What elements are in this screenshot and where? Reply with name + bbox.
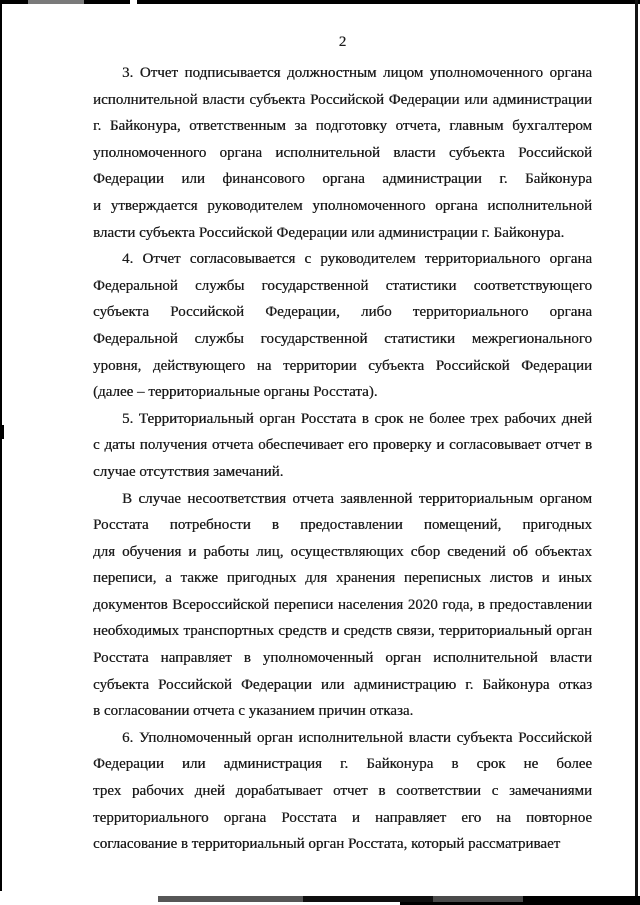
scan-edge-right bbox=[635, 0, 638, 905]
text-line: г. Байконура, ответственным за подготовк… bbox=[93, 113, 592, 140]
text-line: для обучения и работы лиц, осуществляющи… bbox=[93, 539, 592, 566]
text-line: Росстата направляет в уполномоченный орг… bbox=[93, 645, 592, 672]
text-line: Федеральной службы государственной стати… bbox=[93, 273, 592, 300]
text-line: субъекта Российской Федерации или админи… bbox=[93, 672, 592, 699]
text-line: с даты получения отчета обеспечивает его… bbox=[93, 432, 592, 459]
text-line: 6. Уполномоченный орган исполнительной в… bbox=[93, 725, 592, 752]
text-line: уровня, действующего на территории субъе… bbox=[93, 353, 592, 380]
paragraph-4: 4. Отчет согласовывается с руководителем… bbox=[93, 246, 592, 406]
text-line: переписи, а также пригодных для хранения… bbox=[93, 565, 592, 592]
paragraph-6: 6. Уполномоченный орган исполнительной в… bbox=[93, 725, 592, 858]
paragraph-3: 3. Отчет подписывается должностным лицом… bbox=[93, 60, 592, 246]
text-line: 4. Отчет согласовывается с руководителем… bbox=[93, 246, 592, 273]
text-line: в согласовании отчета с указанием причин… bbox=[93, 698, 592, 725]
paragraph-5-continuation: В случае несоответствия отчета заявленно… bbox=[93, 486, 592, 725]
text-line: территориального органа Росстата и напра… bbox=[93, 805, 592, 832]
text-line: документов Всероссийской переписи населе… bbox=[93, 592, 592, 619]
text-line: случае отсутствия замечаний. bbox=[93, 459, 592, 486]
text-line: уполномоченного органа исполнительной вл… bbox=[93, 140, 592, 167]
scan-edge-top-gray bbox=[28, 0, 84, 4]
text-line: 5. Территориальный орган Росстата в срок… bbox=[93, 406, 592, 433]
scan-edge-top bbox=[0, 0, 640, 4]
scan-edge-bottom bbox=[158, 896, 303, 902]
document-text: 3. Отчет подписывается должностным лицом… bbox=[93, 60, 592, 858]
text-line: (далее – территориальные органы Росстата… bbox=[93, 379, 592, 406]
text-line: исполнительной власти субъекта Российско… bbox=[93, 87, 592, 114]
text-line: Федерации или финансового органа админис… bbox=[93, 166, 592, 193]
text-line: субъекта Российской Федерации, либо терр… bbox=[93, 299, 592, 326]
text-line: и утверждается руководителем уполномочен… bbox=[93, 193, 592, 220]
scanned-document-page: 2 3. Отчет подписывается должностным лиц… bbox=[0, 0, 640, 905]
scan-edge-bottom bbox=[303, 896, 433, 902]
scan-edge-bottom bbox=[523, 896, 640, 902]
page-number: 2 bbox=[93, 33, 592, 51]
scan-edge-left bbox=[0, 0, 2, 891]
text-line: Федеральной службы государственной стати… bbox=[93, 326, 592, 353]
text-line: Росстата потребности в предоставлении по… bbox=[93, 512, 592, 539]
scan-edge-bottom bbox=[433, 896, 523, 902]
text-line: В случае несоответствия отчета заявленно… bbox=[93, 486, 592, 513]
text-line: трех рабочих дней дорабатывает отчет в с… bbox=[93, 778, 592, 805]
scan-edge-top-gap bbox=[130, 0, 137, 4]
text-line: 3. Отчет подписывается должностным лицом… bbox=[93, 60, 592, 87]
text-line: необходимых транспортных средств и средс… bbox=[93, 618, 592, 645]
text-line: власти субъекта Российской Федерации или… bbox=[93, 220, 592, 247]
scan-edge-left-mark bbox=[0, 425, 4, 439]
text-line: Федерации или администрация г. Байконура… bbox=[93, 751, 592, 778]
paragraph-5: 5. Территориальный орган Росстата в срок… bbox=[93, 406, 592, 486]
text-line: согласование в территориальный орган Рос… bbox=[93, 831, 592, 858]
